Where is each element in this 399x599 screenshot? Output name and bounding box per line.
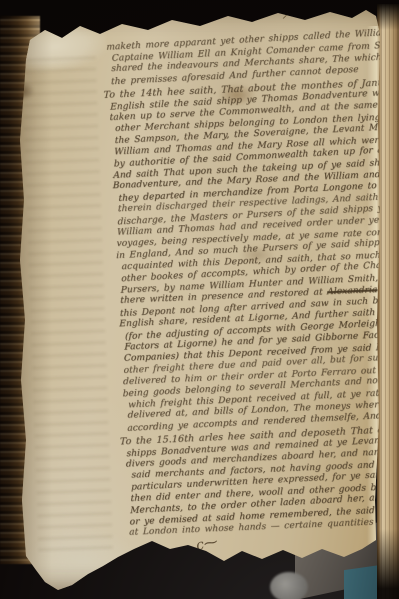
manuscript-page: 7 maketh more apparant yet other shipps …: [0, 0, 399, 599]
text-block: maketh more apparant yet other shipps ca…: [106, 29, 399, 540]
end-flourish: c⁓: [195, 534, 220, 554]
page-number: 7: [280, 7, 291, 22]
fore-edge-pages: [377, 4, 399, 599]
manuscript-photo: 7 maketh more apparant yet other shipps …: [0, 0, 399, 599]
book-stand-knob: [270, 572, 308, 599]
verso-showthrough: [21, 51, 112, 551]
worn-area: [28, 530, 138, 588]
